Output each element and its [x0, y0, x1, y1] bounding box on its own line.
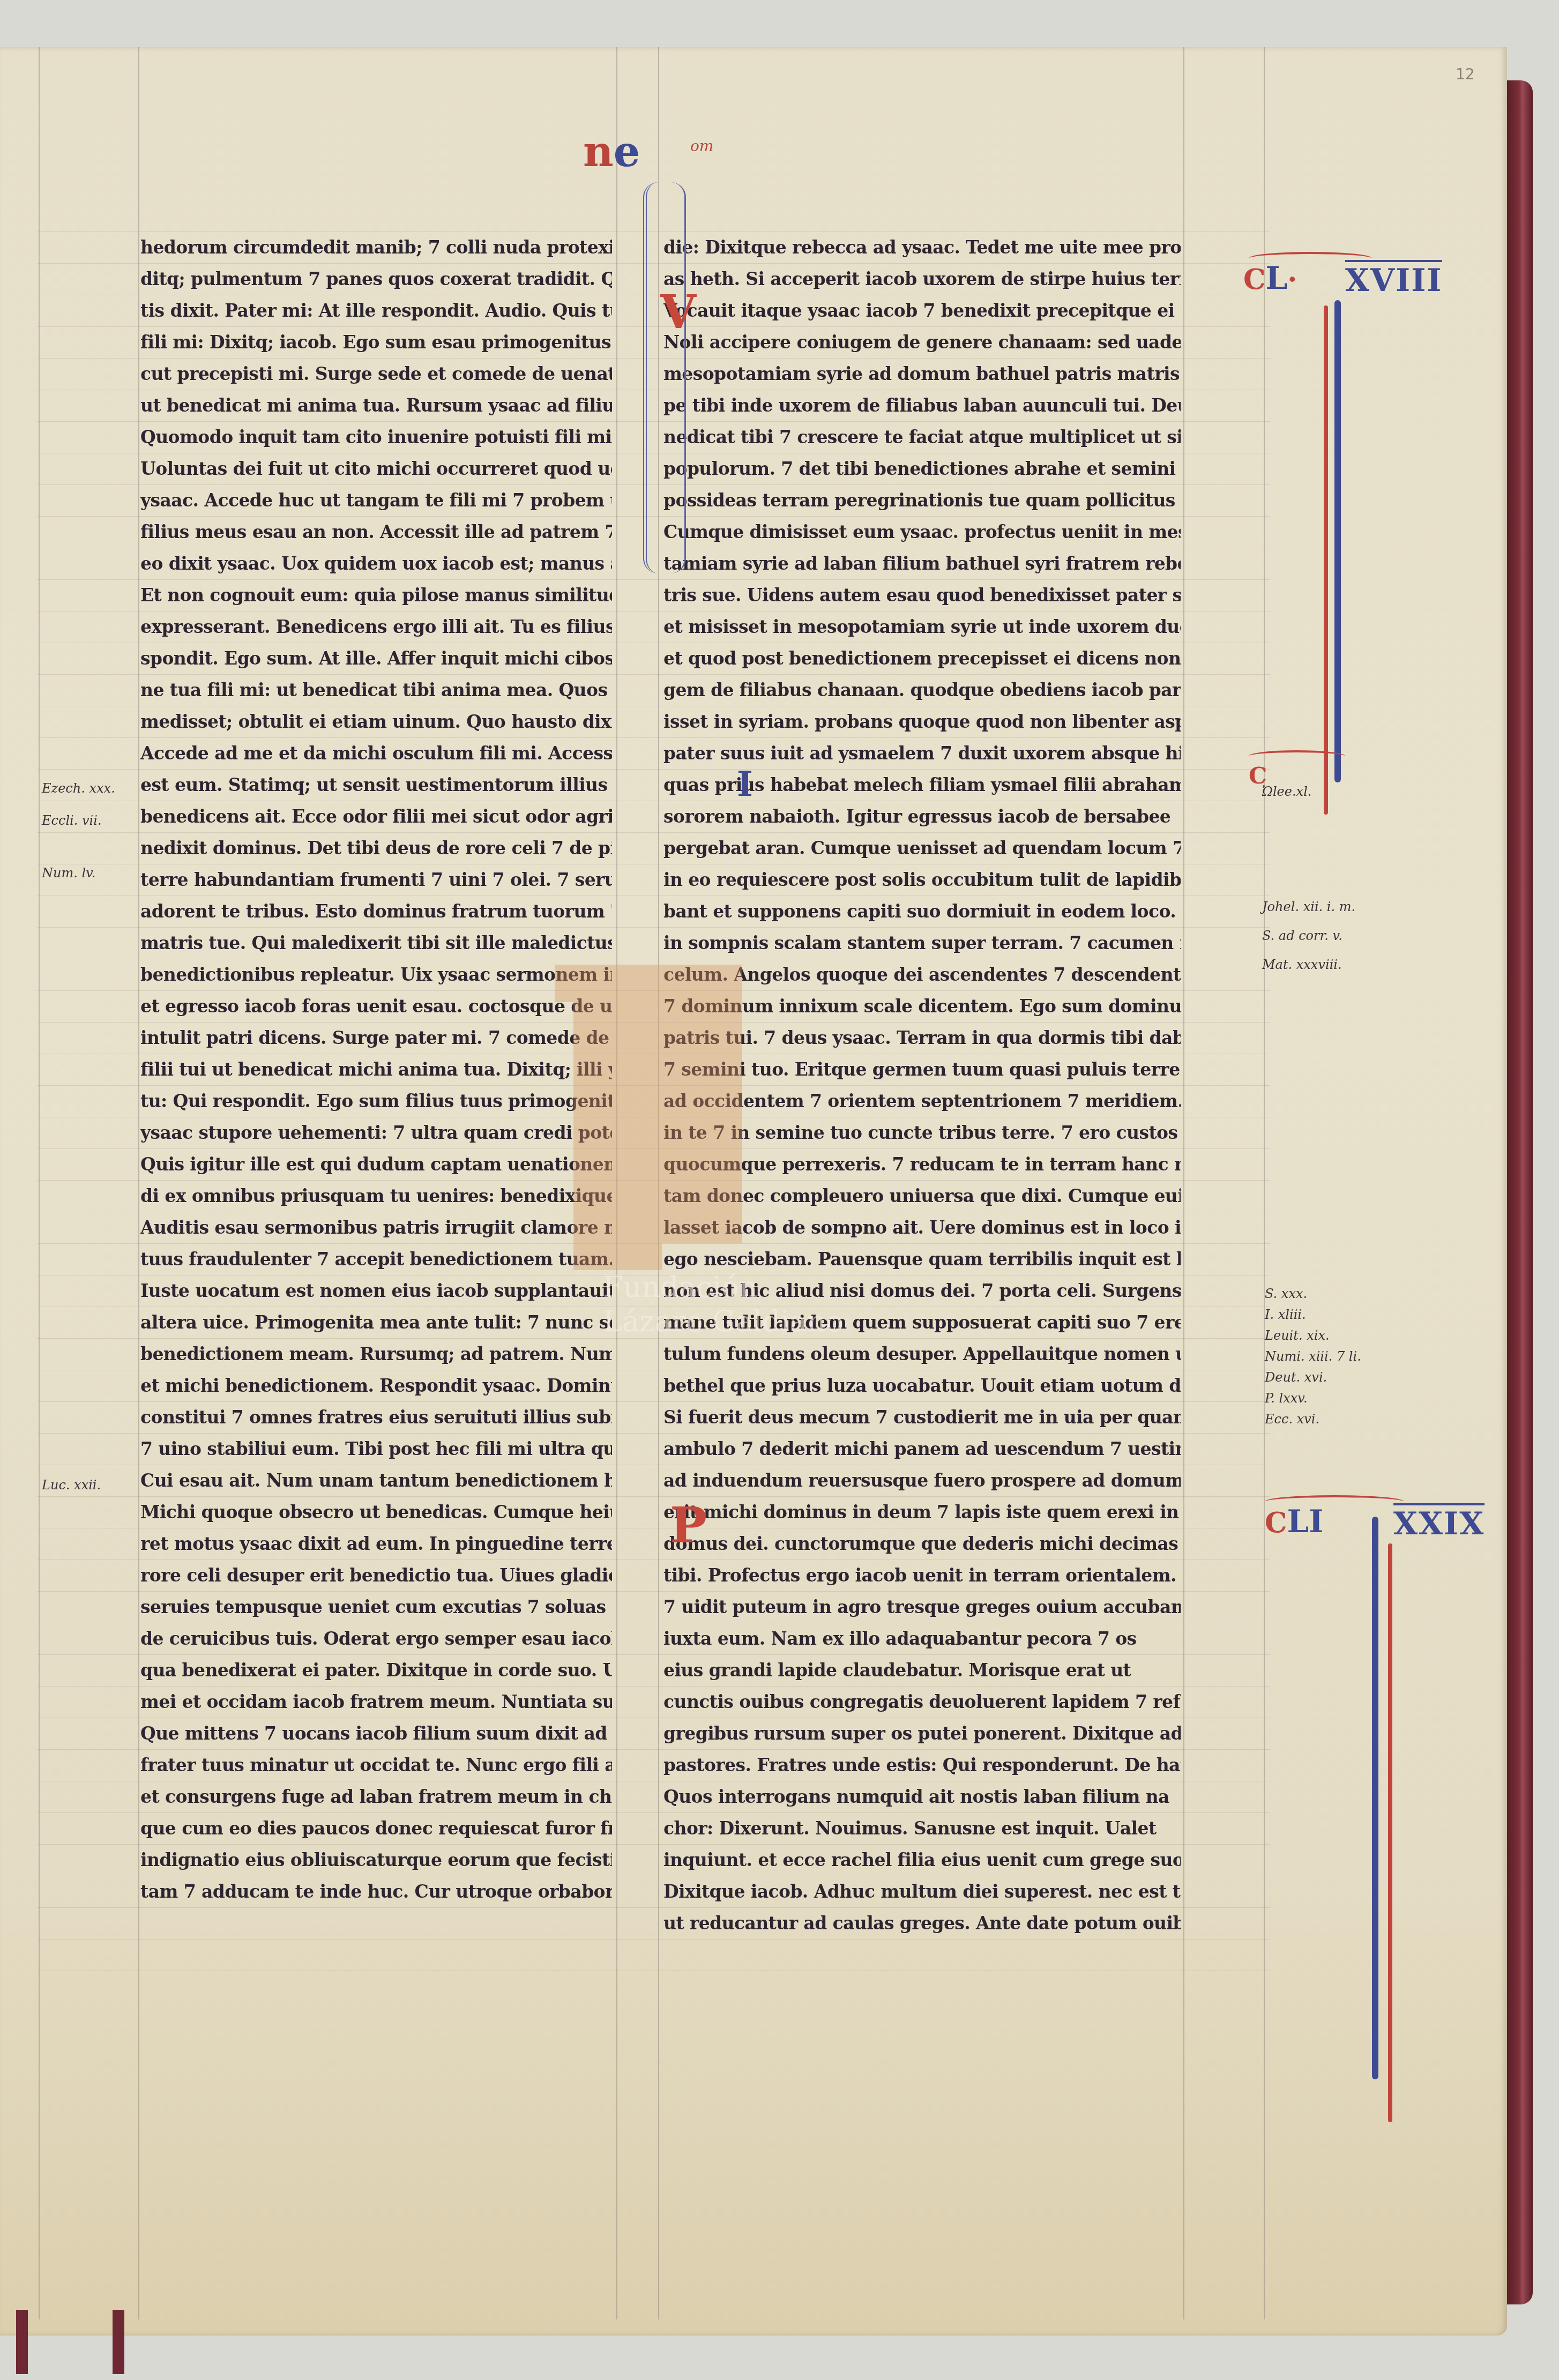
- text-line: qua benedixerat ei pater. Dixitque in co…: [140, 1654, 612, 1686]
- text-line: domus dei. cunctorumque que dederis mich…: [663, 1528, 1181, 1560]
- text-line: mei et occidam iacob fratrem meum. Nunti…: [140, 1686, 612, 1718]
- text-line: que cum eo dies paucos donec requiescat …: [140, 1812, 612, 1844]
- ruling-line: [38, 1939, 1270, 1939]
- text-line: isset in syriam. probans quoque quod non…: [663, 706, 1181, 737]
- text-line: sororem nabaioth. Igitur egressus iacob …: [663, 801, 1181, 832]
- text-line: die: Dixitque rebecca ad ysaac. Tedet me…: [663, 232, 1181, 263]
- text-line: inquiunt. et ecce rachel filia eius ueni…: [663, 1844, 1181, 1876]
- text-line: eius grandi lapide claudebatur. Morisque…: [663, 1654, 1181, 1686]
- text-line: tris sue. Uidens autem esau quod benedix…: [663, 579, 1181, 611]
- bookmark-ribbon: [113, 2310, 124, 2374]
- text-line: tam 7 adducam te inde huc. Cur utroque o…: [140, 1876, 612, 1907]
- text-line: in eo requiescere post solis occubitum t…: [663, 864, 1181, 896]
- text-line: mesopotamiam syrie ad domum bathuel patr…: [663, 358, 1181, 390]
- text-line: as heth. Si acceperit iacob uxorem de st…: [663, 263, 1181, 295]
- running-head: ne om: [583, 128, 640, 176]
- running-head-right: e: [614, 128, 640, 176]
- ruling-line: [1183, 47, 1184, 2319]
- text-line: matris tue. Qui maledixerit tibi sit ill…: [140, 927, 612, 959]
- text-line: filii tui ut benedicat michi anima tua. …: [140, 1054, 612, 1085]
- text-line: cut precepisti mi. Surge sede et comede …: [140, 358, 612, 390]
- text-line: Quis igitur ille est qui dudum captam ue…: [140, 1148, 612, 1180]
- text-line: adorent te tribus. Esto dominus fratrum …: [140, 896, 612, 927]
- folio-number: 12: [1456, 65, 1475, 83]
- text-line: nedicat tibi 7 crescere te faciat atque …: [663, 421, 1181, 453]
- text-line: et consurgens fuge ad laban fratrem meum…: [140, 1781, 612, 1812]
- ruling-line: [1264, 47, 1265, 2319]
- text-line: Iuste uocatum est nomen eius iacob suppl…: [140, 1275, 612, 1307]
- bookmark-ribbon: [16, 2310, 28, 2374]
- text-line: medisset; obtulit ei etiam uinum. Quo ha…: [140, 706, 612, 737]
- text-line: Accede ad me et da michi osculum fili mi…: [140, 737, 612, 769]
- book-binding: [1507, 80, 1533, 2304]
- text-line: ysaac. Accede huc ut tangam te fili mi 7…: [140, 484, 612, 516]
- text-line: possideas terram peregrinationis tue qua…: [663, 484, 1181, 516]
- text-line: terre habundantiam frumenti 7 uini 7 ole…: [140, 864, 612, 896]
- text-line: ambulo 7 dederit michi panem ad uescendu…: [663, 1433, 1181, 1465]
- text-line: tamiam syrie ad laban filium bathuel syr…: [663, 548, 1181, 579]
- text-line: et quod post benedictionem precepisset e…: [663, 643, 1181, 674]
- margin-note: Num. lv.: [42, 863, 96, 884]
- text-line: benedictionibus repleatur. Uix ysaac ser…: [140, 959, 612, 990]
- running-head-left: n: [583, 128, 614, 176]
- text-line: seruies tempusque ueniet cum excutias 7 …: [140, 1591, 612, 1623]
- watermark-shape: [573, 1002, 662, 1270]
- text-line: Uoluntas dei fuit ut cito michi occurrer…: [140, 453, 612, 484]
- flourish-stem: [1324, 305, 1328, 815]
- margin-note: Ezech. xxx.: [42, 778, 115, 799]
- watermark-text: Fundación Lázaro Galdiano: [603, 1270, 843, 1339]
- text-line: gregibus rursum super os putei ponerent.…: [663, 1718, 1181, 1749]
- text-line: 7 uino stabiliui eum. Tibi post hec fili…: [140, 1433, 612, 1465]
- text-line: bethel que prius luza uocabatur. Uouit e…: [663, 1370, 1181, 1401]
- text-line: frater tuus minatur ut occidat te. Nunc …: [140, 1749, 612, 1781]
- text-line: ret motus ysaac dixit ad eum. In pingued…: [140, 1528, 612, 1560]
- text-line: et egresso iacob foras uenit esau. cocto…: [140, 990, 612, 1022]
- text-line: nedixit dominus. Det tibi deus de rore c…: [140, 832, 612, 864]
- text-line: cunctis ouibus congregatis deuoluerent l…: [663, 1686, 1181, 1718]
- text-line: fili mi: Dixitq; iacob. Ego sum esau pri…: [140, 326, 612, 358]
- text-line: Vocauit itaque ysaac iacob 7 benedixit p…: [663, 295, 1181, 326]
- text-line: 7 uidit puteum in agro tresque greges ou…: [663, 1591, 1181, 1623]
- running-head-annotation: om: [690, 137, 713, 155]
- text-line: Auditis esau sermonibus patris irrugiit …: [140, 1212, 612, 1243]
- flourish-stem: [1388, 1543, 1392, 2122]
- text-line: Si fuerit deus mecum 7 custodierit me in…: [663, 1401, 1181, 1433]
- text-line: de ceruicibus tuis. Oderat ergo semper e…: [140, 1623, 612, 1654]
- text-line: pe tibi inde uxorem de filiabus laban au…: [663, 390, 1181, 421]
- text-line: ne tua fili mi: ut benedicat tibi anima …: [140, 674, 612, 706]
- margin-note: Eccli. vii.: [42, 810, 102, 831]
- text-line: tulum fundens oleum desuper. Appellauitq…: [663, 1338, 1181, 1370]
- text-line: est eum. Statimq; ut sensit uestimentoru…: [140, 769, 612, 801]
- text-line: chor: Dixerunt. Nouimus. Sanusne est inq…: [663, 1812, 1181, 1844]
- text-line: ut reducantur ad caulas greges. Ante dat…: [663, 1907, 1181, 1939]
- text-line: intulit patri dicens. Surge pater mi. 7 …: [140, 1022, 612, 1054]
- text-line: constitui 7 omnes fratres eius seruituti…: [140, 1401, 612, 1433]
- decorated-initial-I-small: I: [737, 767, 753, 802]
- ruling-line: [138, 47, 139, 2319]
- margin-notes-lower: S. xxx. I. xliii. Leuit. xix. Numi. xiii…: [1265, 1284, 1361, 1430]
- text-line: Que mittens 7 uocans iacob filium suum d…: [140, 1718, 612, 1749]
- text-line: et michi benedictionem. Respondit ysaac.…: [140, 1370, 612, 1401]
- flourish: [1249, 750, 1345, 762]
- text-line: di ex omnibus priusquam tu uenires: bene…: [140, 1180, 612, 1212]
- text-line: populorum. 7 det tibi benedictiones abra…: [663, 453, 1181, 484]
- text-line: filius meus esau an non. Accessit ille a…: [140, 516, 612, 548]
- text-line: Cumque dimisisset eum ysaac. profectus u…: [663, 516, 1181, 548]
- text-line: ditq; pulmentum 7 panes quos coxerat tra…: [140, 263, 612, 295]
- text-line: Quos interrogans numquid ait nostis laba…: [663, 1781, 1181, 1812]
- decorated-initial-I: [643, 182, 686, 573]
- text-line: rore celi desuper erit benedictio tua. U…: [140, 1560, 612, 1591]
- chapter-marker-xxix: CLI XXIX: [1265, 1503, 1323, 1540]
- text-line: pergebat aran. Cumque uenisset ad quenda…: [663, 832, 1181, 864]
- text-line: Noli accipere coniugem de genere chanaam…: [663, 326, 1181, 358]
- text-line: eo dixit ysaac. Uox quidem uox iacob est…: [140, 548, 612, 579]
- decorated-initial-P: P: [670, 1501, 707, 1550]
- flourish-stem: [1334, 300, 1341, 782]
- flourish: [1249, 252, 1372, 265]
- text-line: ysaac stupore uehementi: 7 ultra quam cr…: [140, 1117, 612, 1148]
- text-line: tu: Qui respondit. Ego sum filius tuus p…: [140, 1085, 612, 1117]
- chapter-marker-xviii: CL· XVIII: [1243, 260, 1297, 296]
- text-line: tuus fraudulenter 7 accepit benedictione…: [140, 1243, 612, 1275]
- chapter-note: Ὠlee.xl.: [1262, 781, 1311, 802]
- text-line: tibi. Profectus ergo iacob uenit in terr…: [663, 1560, 1181, 1591]
- text-line: Quomodo inquit tam cito inuenire potuist…: [140, 421, 612, 453]
- text-line: indignatio eius obliuiscaturque eorum qu…: [140, 1844, 612, 1876]
- text-line: benedictionem meam. Rursumq; ad patrem. …: [140, 1338, 612, 1370]
- text-line: bant et supponens capiti suo dormiuit in…: [663, 896, 1181, 927]
- margin-notes-upper: Johel. xii. i. m. S. ad corr. v. Mat. xx…: [1262, 892, 1355, 979]
- left-text-column: hedorum circumdedit manib; 7 colli nuda …: [140, 232, 612, 1907]
- text-line: in sompnis scalam stantem super terram. …: [663, 927, 1181, 959]
- text-line: erit michi dominus in deum 7 lapis iste …: [663, 1496, 1181, 1528]
- text-line: tis dixit. Pater mi: At ille respondit. …: [140, 295, 612, 326]
- ruling-line: [39, 47, 40, 2319]
- text-line: pastores. Fratres unde estis: Qui respon…: [663, 1749, 1181, 1781]
- text-line: expresserant. Benedicens ergo illi ait. …: [140, 611, 612, 643]
- text-line: ut benedicat mi anima tua. Rursum ysaac …: [140, 390, 612, 421]
- text-line: ad induendum reuersusque fuero prospere …: [663, 1465, 1181, 1496]
- flourish-stem: [1372, 1517, 1378, 2079]
- margin-note: Luc. xxii.: [42, 1475, 101, 1496]
- text-line: altera uice. Primogenita mea ante tulit:…: [140, 1307, 612, 1338]
- ruling-line: [38, 1971, 1270, 1971]
- text-line: Dixitque iacob. Adhuc multum diei supere…: [663, 1876, 1181, 1907]
- text-line: hedorum circumdedit manib; 7 colli nuda …: [140, 232, 612, 263]
- text-line: Cui esau ait. Num unam tantum benedictio…: [140, 1465, 612, 1496]
- watermark-shape: [555, 965, 662, 1002]
- text-line: spondit. Ego sum. At ille. Affer inquit …: [140, 643, 612, 674]
- decorated-initial-V: V: [660, 289, 696, 335]
- text-line: Et non cognouit eum: quia pilose manus s…: [140, 579, 612, 611]
- text-line: iuxta eum. Nam ex illo adaquabantur peco…: [663, 1623, 1181, 1654]
- flourish: [1265, 1495, 1404, 1508]
- watermark-shape: [662, 965, 742, 1243]
- text-line: Michi quoque obsecro ut benedicas. Cumqu…: [140, 1496, 612, 1528]
- text-line: et misisset in mesopotamiam syrie ut ind…: [663, 611, 1181, 643]
- text-line: benedicens ait. Ecce odor filii mei sicu…: [140, 801, 612, 832]
- text-line: gem de filiabus chanaan. quodque obedien…: [663, 674, 1181, 706]
